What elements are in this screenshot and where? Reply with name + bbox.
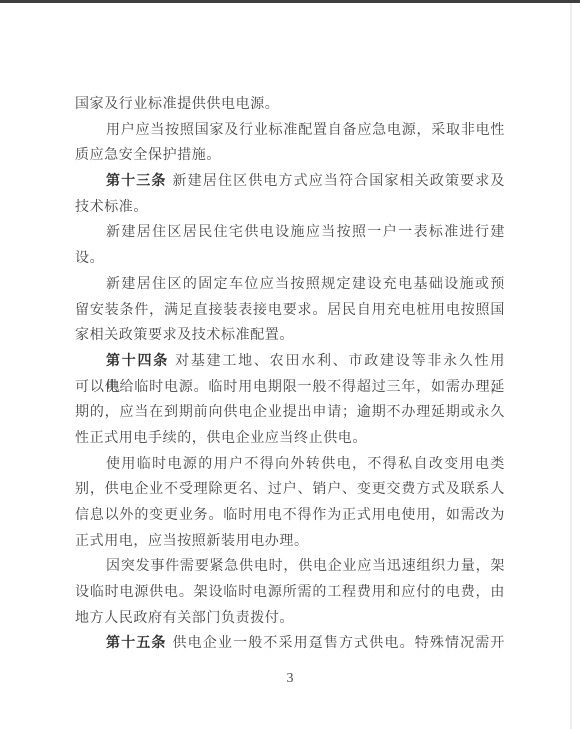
line-text: 使用临时电源的用户不得向外转供电，不得私自改变用电类	[106, 457, 505, 472]
text-line: 正式用电，应当按照新装用电办理。	[75, 529, 505, 555]
page-number: 3	[0, 671, 580, 687]
text-line: 家相关政策要求及技术标准配置。	[75, 323, 505, 349]
line-text: 供电企业一般不采用趸售方式供电。特殊情况需开	[173, 636, 505, 651]
article-number: 第十三条	[106, 174, 167, 189]
text-line: 留安装条件，满足直接装表接电要求。居民自用充电桩用电按照国	[75, 298, 505, 324]
text-line: 新建居住区的固定车位应当按照规定建设充电基础设施或预	[75, 272, 505, 298]
line-text: 新建居住区居民住宅供电设施应当按照一户一表标准进行建	[106, 225, 505, 240]
line-text: 技术标准。	[75, 200, 148, 215]
text-line: 信息以外的变更业务。临时用电不得作为正式用电使用，如需改为	[75, 503, 505, 529]
text-line: 第十五条供电企业一般不采用趸售方式供电。特殊情况需开	[75, 631, 505, 657]
text-line: 期的，应当在到期前向供电企业提出申请；逾期不办理延期或永久	[75, 400, 505, 426]
text-line: 国家及行业标准提供供电电源。	[75, 92, 505, 118]
line-text: 信息以外的变更业务。临时用电不得作为正式用电使用，如需改为	[75, 508, 505, 523]
line-text: 因突发事件需要紧急供电时，供电企业应当迅速组织力量，架	[106, 559, 505, 574]
text-line: 因突发事件需要紧急供电时，供电企业应当迅速组织力量，架	[75, 554, 505, 580]
text-line: 设。	[75, 246, 505, 272]
text-line: 用户应当按照国家及行业标准配置自备应急电源，采取非电性	[75, 118, 505, 144]
page-right-edge	[570, 3, 572, 729]
text-line: 可以供给临时电源。临时用电期限一般不得超过三年，如需办理延	[75, 375, 505, 401]
line-text: 性正式用电手续的，供电企业应当终止供电。	[75, 431, 367, 446]
line-text: 可以供给临时电源。临时用电期限一般不得超过三年，如需办理延	[75, 380, 505, 395]
line-text: 质应急安全保护措施。	[75, 148, 221, 163]
article-number: 第十四条	[106, 354, 169, 369]
line-text: 正式用电，应当按照新装用电办理。	[75, 534, 309, 549]
text-line: 质应急安全保护措施。	[75, 143, 505, 169]
text-line: 技术标准。	[75, 195, 505, 221]
document-page: 国家及行业标准提供供电电源。 用户应当按照国家及行业标准配置自备应急电源，采取非…	[0, 0, 580, 729]
line-text: 设临时电源供电。架设临时电源所需的工程费用和应付的电费，由	[75, 585, 505, 600]
text-line: 别，供电企业不受理除更名、过户、销户、变更交费方式及联系人	[75, 477, 505, 503]
text-line: 性正式用电手续的，供电企业应当终止供电。	[75, 426, 505, 452]
line-text: 别，供电企业不受理除更名、过户、销户、变更交费方式及联系人	[75, 482, 505, 497]
line-text: 设。	[75, 251, 104, 266]
document-body: 国家及行业标准提供供电电源。 用户应当按照国家及行业标准配置自备应急电源，采取非…	[75, 92, 505, 657]
text-line: 使用临时电源的用户不得向外转供电，不得私自改变用电类	[75, 452, 505, 478]
line-text: 新建居住区供电方式应当符合国家相关政策要求及	[173, 174, 505, 189]
line-text: 家相关政策要求及技术标准配置。	[75, 328, 294, 343]
line-text: 用户应当按照国家及行业标准配置自备应急电源，采取非电性	[106, 123, 505, 138]
article-number: 第十五条	[106, 636, 167, 651]
line-text: 期的，应当在到期前向供电企业提出申请；逾期不办理延期或永久	[75, 405, 505, 420]
line-text: 留安装条件，满足直接装表接电要求。居民自用充电桩用电按照国	[75, 303, 505, 318]
line-text: 地方人民政府有关部门负责拨付。	[75, 611, 294, 626]
text-line: 设临时电源供电。架设临时电源所需的工程费用和应付的电费，由	[75, 580, 505, 606]
text-line: 第十三条新建居住区供电方式应当符合国家相关政策要求及	[75, 169, 505, 195]
line-text: 新建居住区的固定车位应当按照规定建设充电基础设施或预	[106, 277, 505, 292]
text-line: 第十四条对基建工地、农田水利、市政建设等非永久性用电，	[75, 349, 505, 375]
text-line: 新建居住区居民住宅供电设施应当按照一户一表标准进行建	[75, 220, 505, 246]
line-text: 国家及行业标准提供供电电源。	[75, 97, 279, 112]
page-top-edge	[0, 0, 580, 3]
text-line: 地方人民政府有关部门负责拨付。	[75, 606, 505, 632]
